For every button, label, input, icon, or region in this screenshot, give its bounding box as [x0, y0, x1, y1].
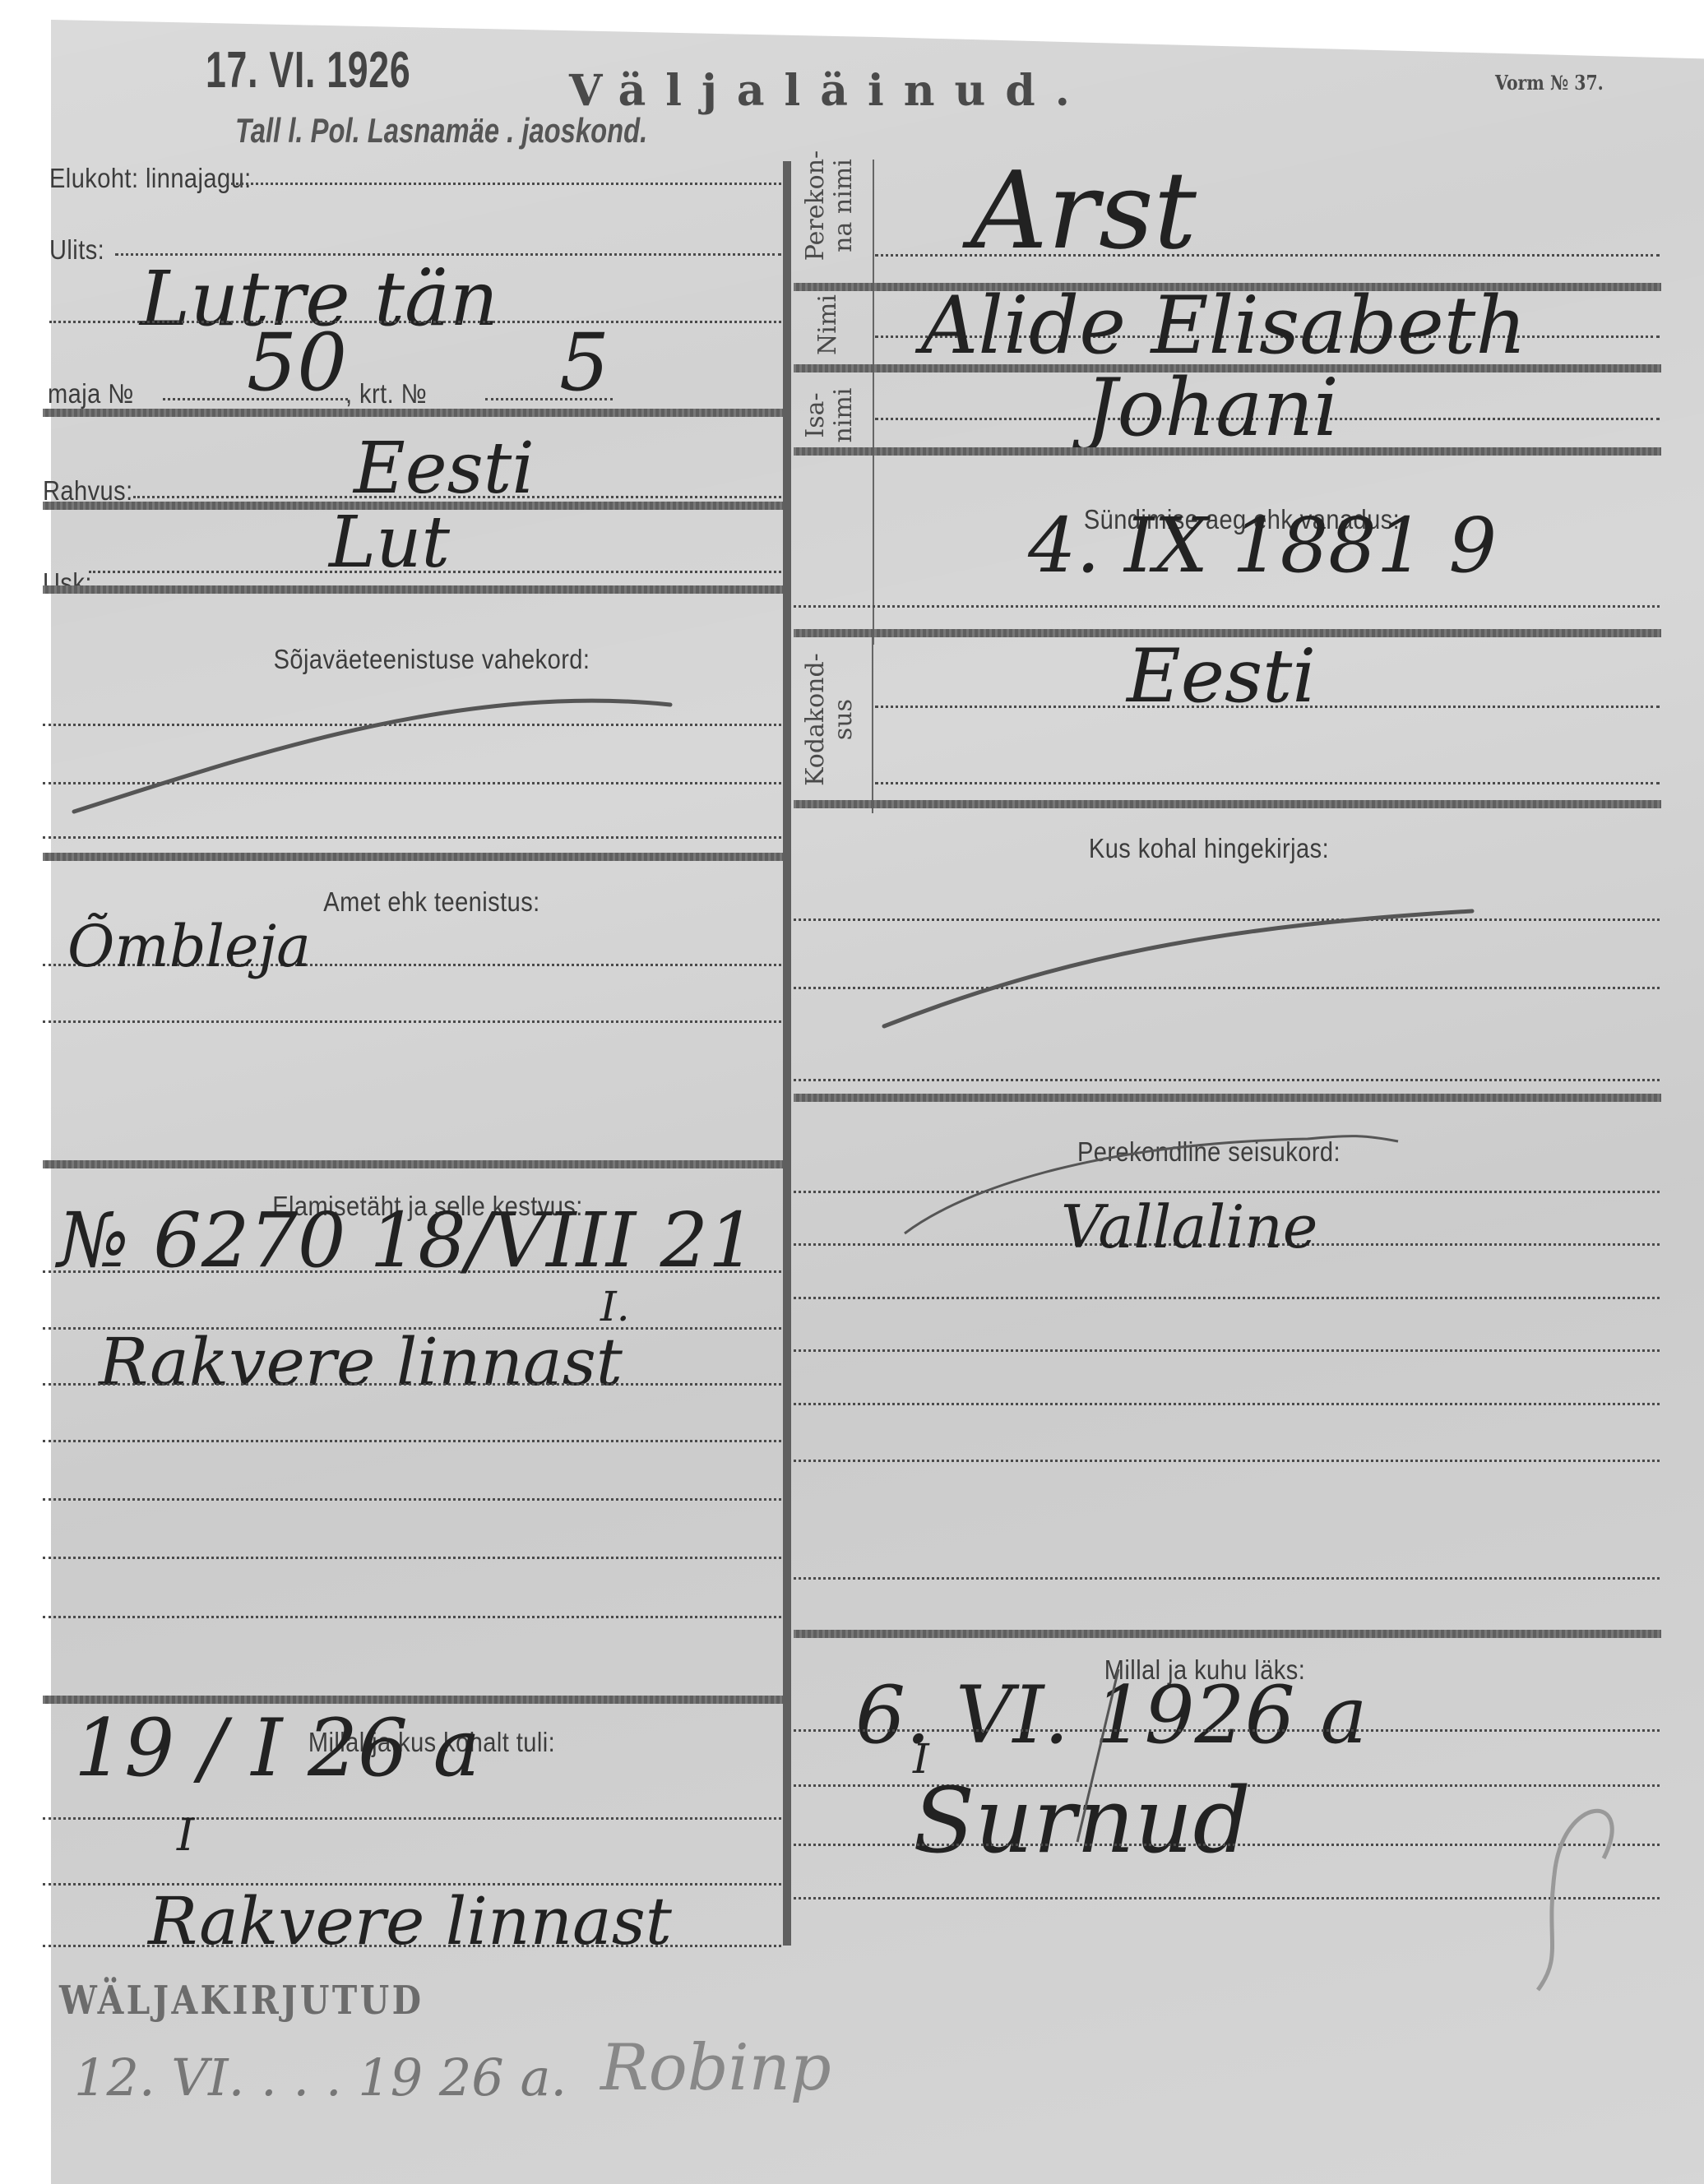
- pen-strokes: [0, 0, 1704, 2184]
- military-cancel-stroke: [74, 701, 670, 812]
- faint-signature-stroke: [1538, 1811, 1612, 1990]
- marital-flourish-stroke: [905, 1136, 1398, 1233]
- parish-cancel-stroke: [884, 911, 1472, 1026]
- departure-slash-stroke: [1077, 1669, 1118, 1842]
